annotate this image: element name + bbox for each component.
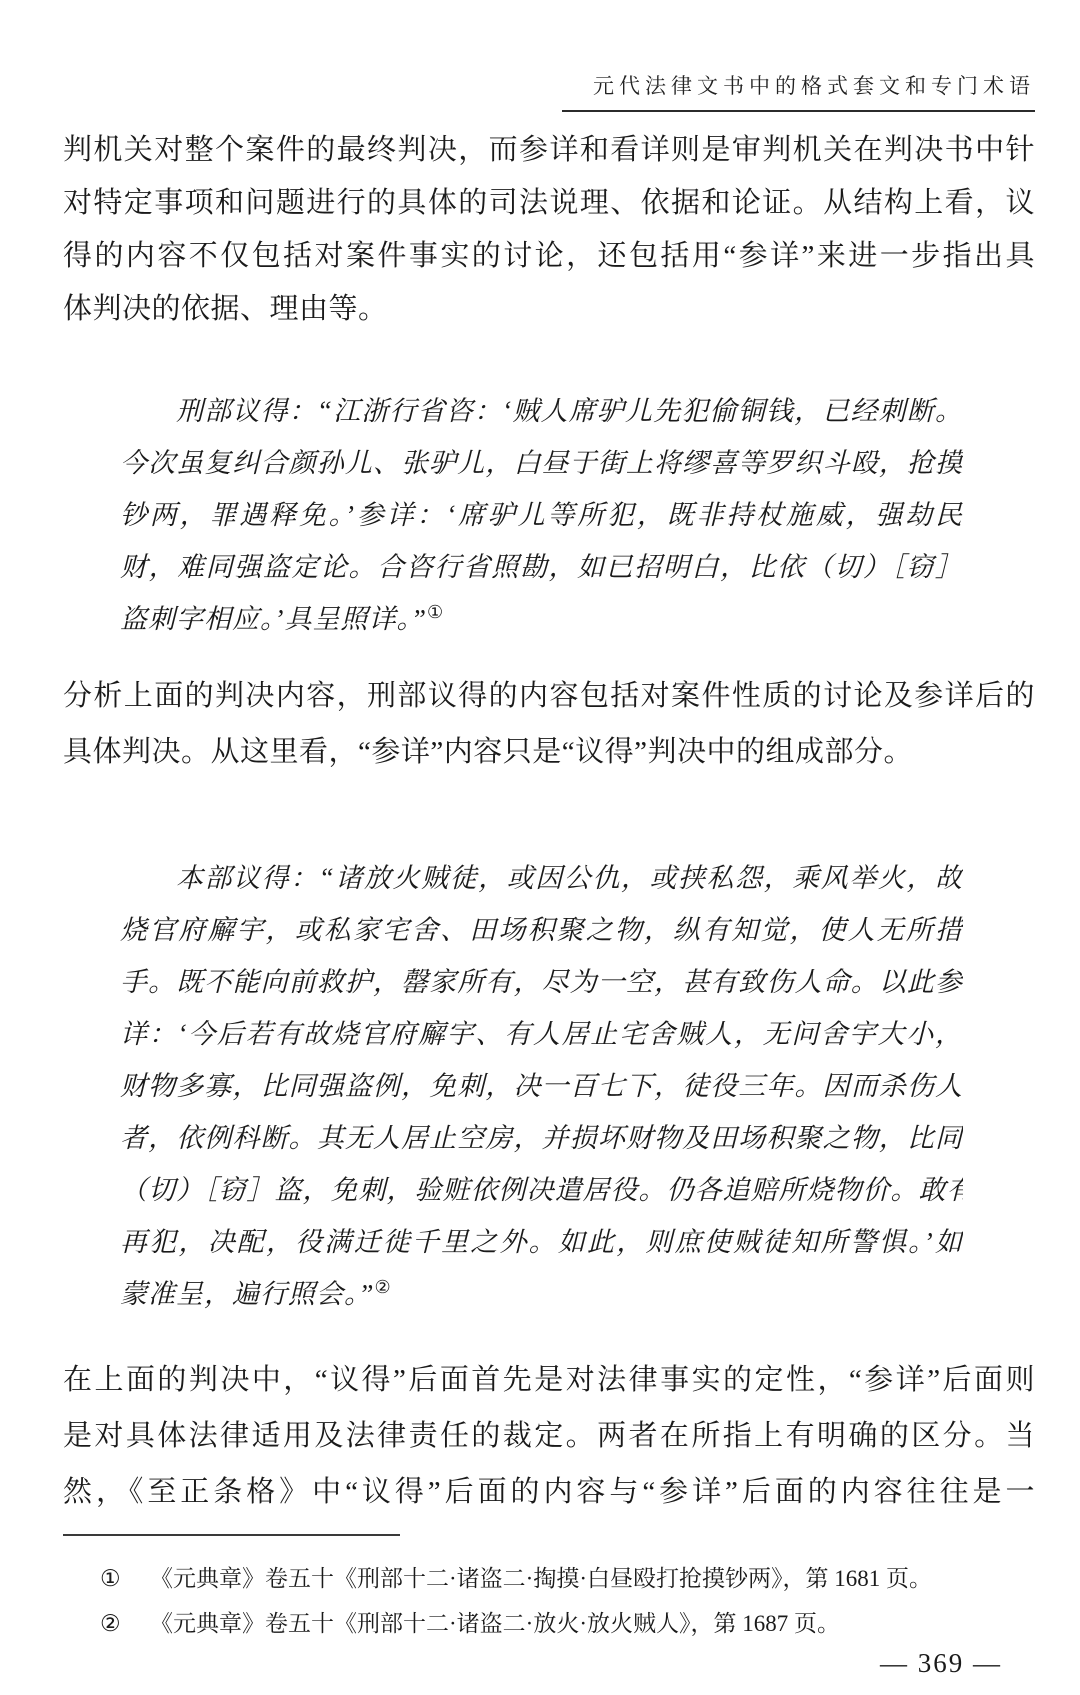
- text-line: 判机关对整个案件的最终判决，而参详和看详则是审判机关在判决书中针: [63, 124, 1035, 177]
- header-rule: [562, 110, 1035, 112]
- quote-line: 者，依例科断。其无人居止空房，并损坏财物及田场积聚之物，比同: [120, 1112, 963, 1164]
- quote-line-text: 蒙准呈，遍行照会。”: [120, 1279, 375, 1309]
- quote-line: 刑部议得：“江浙行省咨：‘贼人席驴儿先犯偷铜钱，已经刺断。: [120, 385, 963, 437]
- paragraph-conclusion: 在上面的判决中，“议得”后面首先是对法律事实的定性，“参详”后面则 是对具体法律…: [63, 1352, 1035, 1520]
- block-quote-1: 刑部议得：“江浙行省咨：‘贼人席驴儿先犯偷铜钱，已经刺断。 今次虽复纠合颜孙儿、…: [120, 385, 963, 645]
- footnote-ref-2: ②: [375, 1277, 392, 1297]
- quote-line: 本部议得：“诸放火贼徒，或因公仇，或挟私怨，乘风举火，故: [120, 852, 963, 904]
- footnote-text: 《元典章》卷五十《刑部十二·诸盗二·放火·放火贼人》，第 1687 页。: [150, 1601, 840, 1646]
- block-quote-2: 本部议得：“诸放火贼徒，或因公仇，或挟私怨，乘风举火，故 烧官府廨宇，或私家宅舍…: [120, 852, 963, 1320]
- paragraph-opening: 判机关对整个案件的最终判决，而参详和看详则是审判机关在判决书中针 对特定事项和问…: [63, 124, 1035, 336]
- footnote-ref-1: ①: [427, 602, 444, 622]
- quote-line: 财，难同强盗定论。合咨行省照勘，如已招明白，比依（切）［窃］: [120, 541, 963, 593]
- footnote-marker: ①: [100, 1556, 150, 1601]
- paragraph-analysis: 分析上面的判决内容，刑部议得的内容包括对案件性质的讨论及参详后的 具体判决。从这…: [63, 668, 1035, 780]
- quote-line: 今次虽复纠合颜孙儿、张驴儿，白昼于街上将缪喜等罗织斗殴，抢摸: [120, 437, 963, 489]
- text-line: 对特定事项和问题进行的具体的司法说理、依据和论证。从结构上看，议: [63, 177, 1035, 230]
- document-page: 元代法律文书中的格式套文和专门术语 判机关对整个案件的最终判决，而参详和看详则是…: [0, 0, 1080, 1695]
- text-line: 具体判决。从这里看，“参详”内容只是“议得”判决中的组成部分。: [63, 724, 1035, 780]
- footnotes-section: ① 《元典章》卷五十《刑部十二·诸盗二·掏摸·白昼殴打抢摸钞两》，第 1681 …: [100, 1556, 1035, 1646]
- footnote-text: 《元典章》卷五十《刑部十二·诸盗二·掏摸·白昼殴打抢摸钞两》，第 1681 页。: [150, 1556, 932, 1601]
- quote-line: 再犯，决配，役满迁徙千里之外。如此，则庶使贼徒知所警惧。’如: [120, 1216, 963, 1268]
- quote-line: 盗刺字相应。’具呈照详。”①: [120, 593, 963, 645]
- text-line: 是对具体法律适用及法律责任的裁定。两者在所指上有明确的区分。当: [63, 1408, 1035, 1464]
- quote-line: 手。既不能向前救护，罄家所有，尽为一空，甚有致伤人命。以此参: [120, 956, 963, 1008]
- footnote-marker: ②: [100, 1601, 150, 1646]
- footnote-rule: [63, 1534, 400, 1536]
- quote-line: 蒙准呈，遍行照会。”②: [120, 1268, 963, 1320]
- quote-line: 烧官府廨宇，或私家宅舍、田场积聚之物，纵有知觉，使人无所措: [120, 904, 963, 956]
- quote-line: 钞两，罪遇释免。’参详：‘席驴儿等所犯，既非持杖施威，强劫民: [120, 489, 963, 541]
- quote-line-text: 盗刺字相应。’具呈照详。”: [120, 604, 427, 634]
- footnote-2: ② 《元典章》卷五十《刑部十二·诸盗二·放火·放火贼人》，第 1687 页。: [100, 1601, 1035, 1646]
- quote-line: （切）［窃］盗，免刺，验赃依例决遣居役。仍各追赔所烧物价。敢有: [120, 1164, 963, 1216]
- quote-line: 详：‘今后若有故烧官府廨宇、有人居止宅舍贼人，无问舍宇大小，: [120, 1008, 963, 1060]
- text-line: 得的内容不仅包括对案件事实的讨论，还包括用“参详”来进一步指出具: [63, 230, 1035, 283]
- text-line: 在上面的判决中，“议得”后面首先是对法律事实的定性，“参详”后面则: [63, 1352, 1035, 1408]
- footnote-1: ① 《元典章》卷五十《刑部十二·诸盗二·掏摸·白昼殴打抢摸钞两》，第 1681 …: [100, 1556, 1035, 1601]
- text-line: 分析上面的判决内容，刑部议得的内容包括对案件性质的讨论及参详后的: [63, 668, 1035, 724]
- page-number: — 369 —: [880, 1648, 1002, 1679]
- text-line: 体判决的依据、理由等。: [63, 283, 1035, 336]
- text-line: 然，《至正条格》中“议得”后面的内容与“参详”后面的内容往往是一: [63, 1464, 1035, 1520]
- quote-line: 财物多寡，比同强盗例，免刺，决一百七下，徒役三年。因而杀伤人: [120, 1060, 963, 1112]
- running-head-title: 元代法律文书中的格式套文和专门术语: [593, 70, 1035, 100]
